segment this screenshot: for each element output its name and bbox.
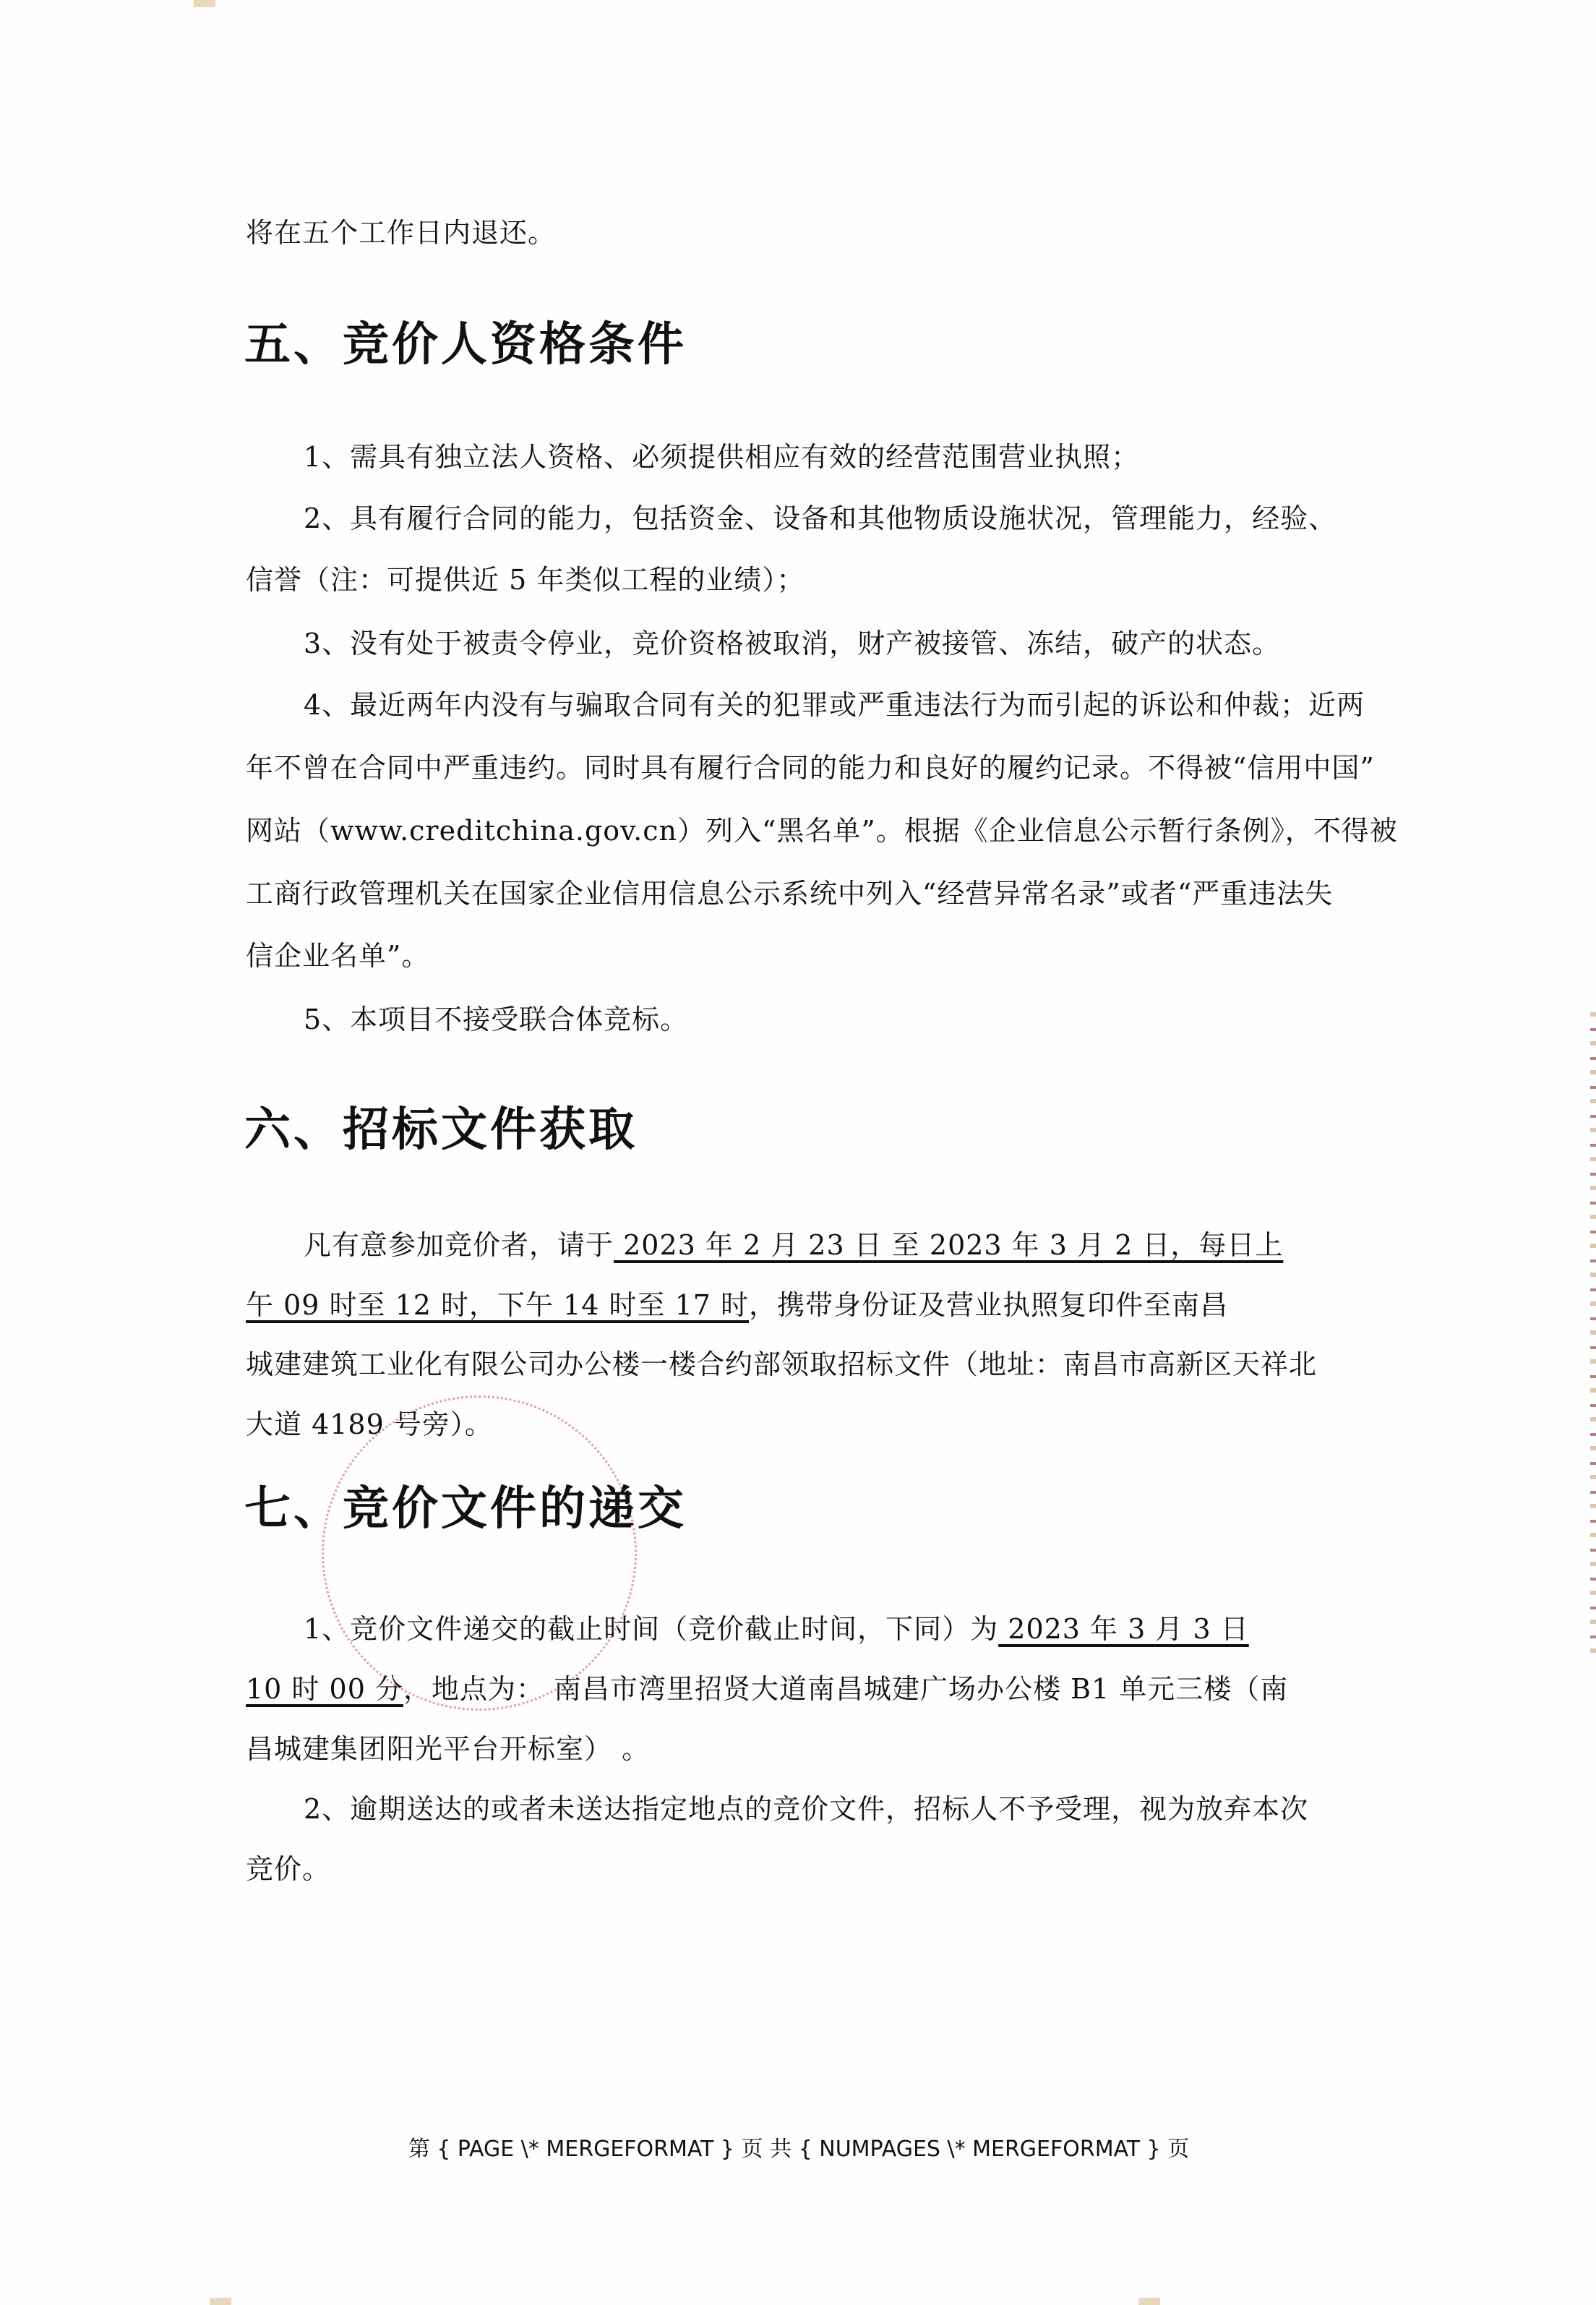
obtain-documents-intro: 凡有意参加竞价者，请于 — [304, 1229, 614, 1261]
scan-edge-mark — [210, 2298, 231, 2305]
submission-location: ，地点为： 南昌市湾里招贤大道南昌城建广场办公楼 B1 单元三楼（南 — [403, 1673, 1288, 1705]
section-heading-bid-submission: 七、竞价文件的递交 — [244, 1480, 687, 1538]
obtain-date-range: 2023 年 2 月 23 日 至 2023 年 3 月 2 日，每日上 — [614, 1229, 1283, 1261]
scan-edge-mark — [194, 0, 215, 7]
submission-deadline-time: 10 时 00 分 — [246, 1673, 403, 1705]
document-page: 将在五个工作日内退还。 五、竞价人资格条件 1、需具有独立法人资格、必须提供相应… — [0, 0, 1596, 2305]
qualification-item-4-cont: 年不曾在合同中严重违约。同时具有履行合同的能力和良好的履约记录。不得被“信用中国… — [246, 750, 1344, 786]
obtain-hours: 午 09 时至 12 时，下午 14 时至 17 时 — [246, 1289, 749, 1321]
obtain-documents-address: 大道 4189 号旁）。 — [246, 1406, 1344, 1442]
qualification-item-3: 3、没有处于被责令停业，竞价资格被取消，财产被接管、冻结，破产的状态。 — [304, 625, 1402, 662]
qualification-item-2: 2、具有履行合同的能力，包括资金、设备和其他物质设施状况，管理能力，经验、 — [304, 500, 1402, 536]
scan-edge-mark — [1138, 2298, 1160, 2305]
submission-item-1-cont: 10 时 00 分，地点为： 南昌市湾里招贤大道南昌城建广场办公楼 B1 单元三… — [246, 1671, 1344, 1707]
scan-edge-artifact — [1590, 1012, 1596, 1663]
qualification-item-2-cont: 信誉（注：可提供近 5 年类似工程的业绩）； — [246, 562, 1344, 598]
submission-deadline-date: 2023 年 3 月 3 日 — [998, 1613, 1249, 1645]
section-heading-obtain-bid-documents: 六、招标文件获取 — [244, 1101, 638, 1159]
qualification-item-4-cont: 网站（www.creditchina.gov.cn）列入“黑名单”。根据《企业信… — [246, 813, 1344, 849]
submission-item-1-cont: 昌城建集团阳光平台开标室） 。 — [246, 1731, 1344, 1767]
submission-item-2: 2、逾期送达的或者未送达指定地点的竞价文件，招标人不予受理，视为放弃本次 — [304, 1791, 1402, 1827]
qualification-item-4-cont: 信企业名单”。 — [246, 938, 1344, 974]
obtain-documents-paragraph-cont: 午 09 时至 12 时，下午 14 时至 17 时，携带身份证及营业执照复印件… — [246, 1287, 1344, 1323]
qualification-item-4-cont: 工商行政管理机关在国家企业信用信息公示系统中列入“经营异常名录”或者“严重违法失 — [246, 876, 1344, 912]
qualification-item-1: 1、需具有独立法人资格、必须提供相应有效的经营范围营业执照； — [304, 439, 1402, 475]
qualification-item-5: 5、本项目不接受联合体竞标。 — [304, 1001, 1402, 1038]
submission-item-2-cont: 竞价。 — [246, 1851, 1344, 1887]
page-footer-field-codes: 第 { PAGE \* MERGEFORMAT } 页 共 { NUMPAGES… — [383, 2135, 1214, 2164]
section-heading-bidder-qualifications: 五、竞价人资格条件 — [244, 316, 687, 374]
submission-item-1: 1、竞价文件递交的截止时间（竞价截止时间，下同）为 2023 年 3 月 3 日 — [304, 1611, 1402, 1647]
submission-deadline-label: 1、竞价文件递交的截止时间（竞价截止时间，下同）为 — [304, 1613, 998, 1645]
qualification-item-4: 4、最近两年内没有与骗取合同有关的犯罪或严重违法行为而引起的诉讼和仲裁；近两 — [304, 687, 1402, 723]
obtain-instructions: ，携带身份证及营业执照复印件至南昌 — [749, 1289, 1228, 1321]
obtain-documents-paragraph-cont: 城建建筑工业化有限公司办公楼一楼合约部领取招标文件（地址：南昌市高新区天祥北 — [246, 1346, 1344, 1382]
official-seal-stamp — [322, 1395, 637, 1711]
paragraph-deposit-refund: 将在五个工作日内退还。 — [246, 215, 1344, 251]
obtain-documents-paragraph: 凡有意参加竞价者，请于 2023 年 2 月 23 日 至 2023 年 3 月… — [304, 1227, 1402, 1263]
